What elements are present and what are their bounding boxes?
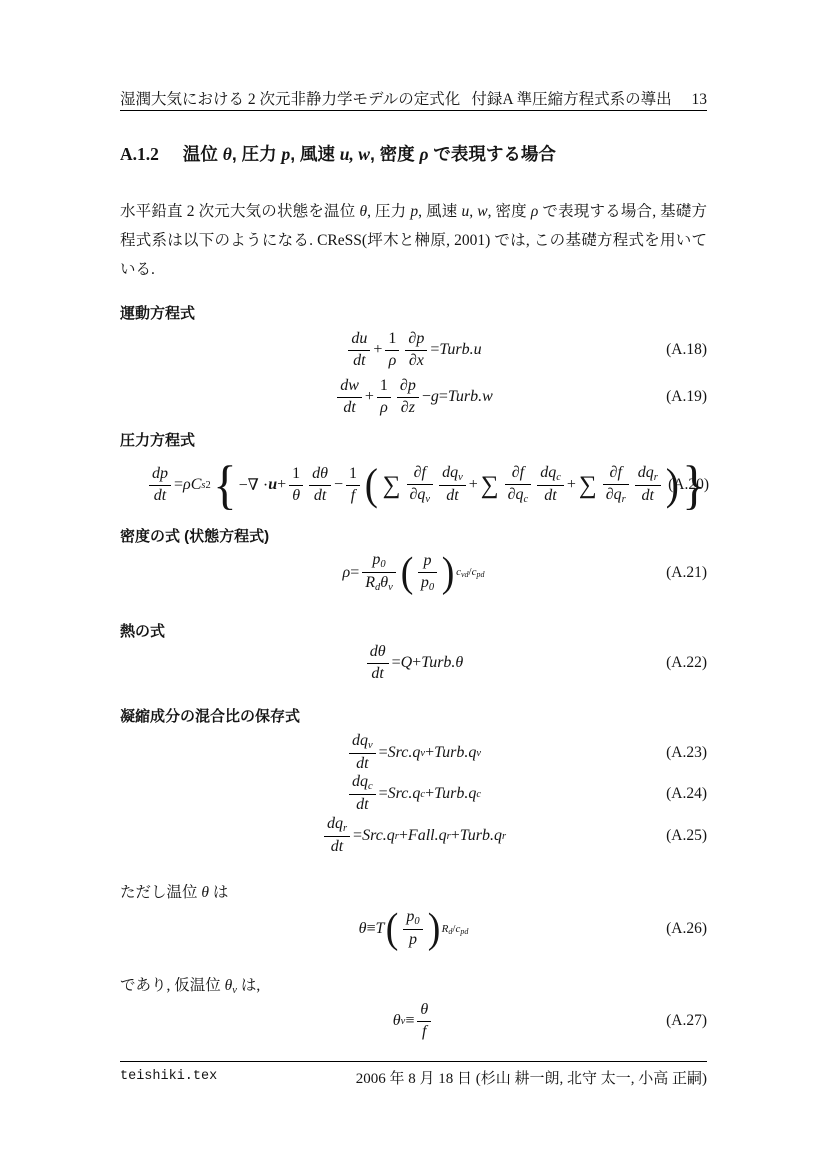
equation-body: dqcdt = Src.qc + Turb.qc: [346, 773, 481, 815]
heading-density-equation: 密度の式 (状態方程式): [120, 525, 269, 546]
heading-motion-equations: 運動方程式: [120, 302, 195, 323]
math-var: p: [410, 203, 418, 220]
equation-label-a19: (A.19): [666, 388, 707, 406]
note-deari: であり, 仮温位 θv は,: [120, 973, 260, 996]
paragraph-text: , 風速: [418, 203, 461, 220]
equation-a25: dqrdt = Src.qr + Fall.qr + Turb.qr (A.25…: [120, 815, 707, 857]
note-text: は: [209, 884, 228, 901]
section-title-text: , 圧力: [232, 144, 282, 164]
text-block: 湿潤大気における 2 次元非静力学モデルの定式化 付録A 準圧縮方程式系の導出 …: [120, 0, 707, 1169]
math-var: ρ: [420, 144, 429, 164]
equation-body: dqvdt = Src.qv + Turb.qv: [346, 732, 481, 774]
paragraph-text: , 密度: [488, 203, 531, 220]
header-right-group: 付録A 準圧縮方程式系の導出 13: [471, 87, 707, 109]
equation-label-a21: (A.21): [666, 564, 707, 582]
equation-body: dθdt = Q + Turb.θ: [364, 643, 464, 684]
equation-body: θv ≡ θf: [393, 1001, 434, 1042]
equation-a19: dwdt + 1ρ∂p∂z − g = Turb.w (A.19): [120, 377, 707, 418]
equation-label-a22: (A.22): [666, 654, 707, 672]
equation-label-a26: (A.26): [666, 920, 707, 938]
equation-body: dudt + 1ρ∂p∂x = Turb.u: [345, 330, 481, 371]
equation-label-a27: (A.27): [666, 1012, 707, 1030]
equation-a24: dqcdt = Src.qc + Turb.qc (A.24): [120, 773, 707, 815]
math-var: θ: [359, 203, 367, 220]
footer-filename: teishiki.tex: [120, 1069, 217, 1084]
header-rule: [120, 110, 707, 111]
math-var: u, w: [462, 203, 488, 220]
math-var: p: [281, 144, 290, 164]
heading-pressure-equation: 圧力方程式: [120, 429, 195, 450]
note-text: は,: [237, 977, 260, 994]
equation-label-a24: (A.24): [666, 785, 707, 803]
note-text: であり, 仮温位: [120, 977, 225, 994]
math-var: θ: [223, 144, 232, 164]
section-title-text: で表現する場合: [429, 144, 556, 164]
section-heading: A.1.2温位 θ, 圧力 p, 風速 u, w, 密度 ρ で表現する場合: [120, 141, 556, 166]
page-header: 湿潤大気における 2 次元非静力学モデルの定式化 付録A 準圧縮方程式系の導出 …: [120, 87, 707, 109]
intro-paragraph: 水平鉛直 2 次元大気の状態を温位 θ, 圧力 p, 風速 u, w, 密度 ρ…: [120, 197, 707, 284]
heading-mixing-ratio-conservation: 凝縮成分の混合比の保存式: [120, 705, 300, 726]
paragraph-text: 水平鉛直 2 次元大気の状態を温位: [120, 203, 359, 220]
section-title-text: , 密度: [370, 144, 420, 164]
equation-a26: θ ≡ T(p0p)Rd/cpd (A.26): [120, 908, 707, 950]
equation-label-a25: (A.25): [666, 827, 707, 845]
equation-a22: dθdt = Q + Turb.θ (A.22): [120, 643, 707, 684]
paper-page: 湿潤大気における 2 次元非静力学モデルの定式化 付録A 準圧縮方程式系の導出 …: [0, 0, 826, 1169]
section-title-text: , 風速: [290, 144, 340, 164]
footer-date-authors: 2006 年 8 月 18 日 (杉山 耕一朗, 北守 太一, 小高 正嗣): [356, 1067, 707, 1088]
equation-a23: dqvdt = Src.qv + Turb.qv (A.23): [120, 732, 707, 774]
equation-body: dqrdt = Src.qr + Fall.qr + Turb.qr: [321, 815, 506, 857]
page-number: 13: [692, 91, 708, 108]
equation-a18: dudt + 1ρ∂p∂x = Turb.u (A.18): [120, 330, 707, 371]
header-left-title: 湿潤大気における 2 次元非静力学モデルの定式化: [120, 87, 460, 109]
note-tadashi: ただし温位 θ は: [120, 880, 228, 902]
math-var: θ: [201, 884, 209, 901]
equation-a21: ρ = p0Rdθv(pp0)cvd/cpd (A.21): [120, 551, 707, 595]
footer-rule: [120, 1061, 707, 1062]
equation-a20: dpdt = ρCs2{−∇ · u + 1θdθdt − 1f(∑∂f∂qvd…: [120, 458, 707, 512]
note-text: ただし温位: [120, 884, 201, 901]
equation-body: θ ≡ T(p0p)Rd/cpd: [359, 908, 469, 950]
equation-body: dpdt = ρCs2{−∇ · u + 1θdθdt − 1f(∑∂f∂qvd…: [146, 458, 708, 512]
equation-label-a18: (A.18): [666, 341, 707, 359]
equation-label-a23: (A.23): [666, 744, 707, 762]
heading-heat-equation: 熱の式: [120, 620, 165, 641]
paragraph-text: , 圧力: [367, 203, 410, 220]
math-var: u, w: [340, 144, 370, 164]
equation-label-a20: (A.20): [668, 476, 709, 494]
equation-a27: θv ≡ θf (A.27): [120, 1001, 707, 1042]
header-right-title: 付録A 準圧縮方程式系の導出: [471, 91, 671, 108]
equation-body: ρ = p0Rdθv(pp0)cvd/cpd: [343, 551, 485, 595]
section-title-text: 温位: [183, 144, 223, 164]
equation-body: dwdt + 1ρ∂p∂z − g = Turb.w: [334, 377, 493, 418]
section-number: A.1.2: [120, 144, 159, 164]
